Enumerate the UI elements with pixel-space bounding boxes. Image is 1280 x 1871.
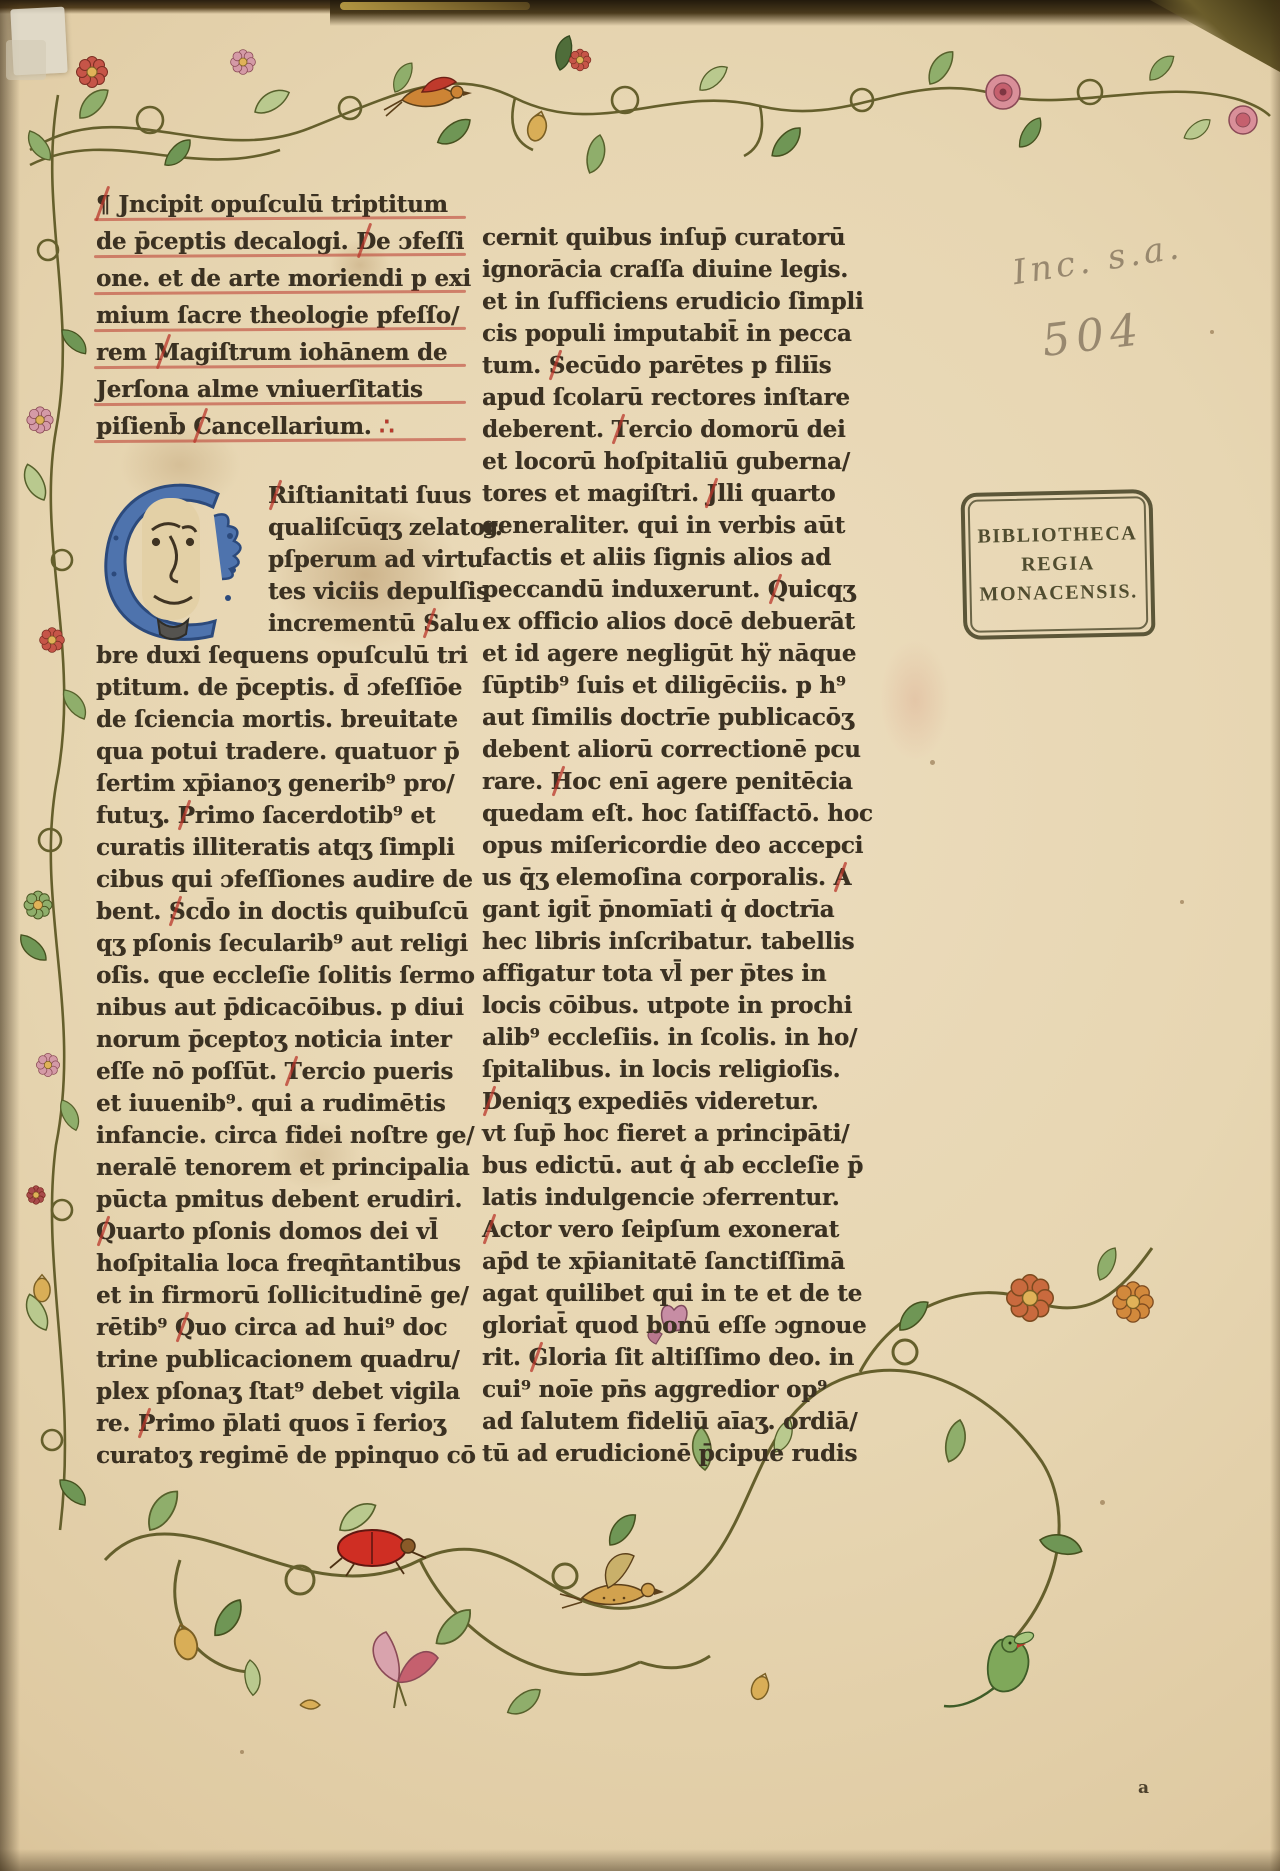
text-line: rem Magiſtrum iohānem de xyxy=(96,334,476,371)
top-left-label-patch-2 xyxy=(6,40,46,80)
text-line: mium ſacre theologie pfeſſo/ xyxy=(96,297,476,334)
text-line: qua potui tradere. quatuor p̄ xyxy=(96,736,476,768)
rose-illustration-2 xyxy=(1229,106,1257,134)
text-line: ſpitalibus. in locis religioſis. xyxy=(482,1054,882,1086)
text-line: rētib⁹ Quo circa ad hui⁹ doc xyxy=(96,1312,476,1344)
text-line: et in ſufficiens erudicio ſimpli xyxy=(482,286,882,318)
text-line: futuʒ. Primo ſacerdotib⁹ et xyxy=(96,800,476,832)
heading-rubric: ¶ Jncipit opuſculū triptitumde p̄ceptis … xyxy=(96,186,476,445)
stamp-line-2: REGIA xyxy=(1021,549,1095,580)
text-line: ¶ Jncipit opuſculū triptitum xyxy=(96,186,476,223)
text-line: plex pſonaʒ ſtat⁹ debet vigila xyxy=(96,1376,476,1408)
text-line: Deniqʒ expediēs videretur. xyxy=(482,1086,882,1118)
page-edge-bottom xyxy=(0,1849,1280,1871)
text-line: piſienb̄ Cancellarium. ∴ xyxy=(96,408,476,445)
parrot-illustration xyxy=(944,1630,1035,1706)
text-line: hoſpitalia loca freqn̄tantibus xyxy=(96,1248,476,1280)
flying-bird-illustration xyxy=(560,1554,664,1608)
stamp-line-3: MONACENSIS. xyxy=(979,577,1138,609)
library-stamp: BIBLIOTHECA REGIA MONACENSIS. xyxy=(960,489,1155,640)
text-line: ptitum. de p̄ceptis. d̄ ɔfeſſiōe xyxy=(96,672,476,704)
gilt-edge-glint xyxy=(340,2,530,10)
text-column-1-indented: Riſtianitati ſuusqualiſcūqʒ zelator.pſpe… xyxy=(96,480,476,640)
text-line: nibus aut p̄dicacōibus. p diui xyxy=(96,992,476,1024)
top-border-leaves xyxy=(72,34,1214,176)
text-line: bent. Scd̄o in doctis quibuſcū xyxy=(96,896,476,928)
text-line: latis indulgencie ɔferrentur. xyxy=(482,1182,882,1214)
text-line: ex officio alios docē debuerāt xyxy=(482,606,882,638)
stain xyxy=(880,640,950,760)
page-edge-left xyxy=(0,0,20,1871)
text-line: cernit quibus inſup̄ curatorū xyxy=(482,222,882,254)
text-line: Jerſona alme vniuerſitatis xyxy=(96,371,476,408)
text-line: rare. Hoc enī agere penitēcia xyxy=(482,766,882,798)
text-line: alib⁹ eccleſiis. in ſcolis. in ho/ xyxy=(482,1022,882,1054)
text-line: Quarto pſonis domos dei vl̄ xyxy=(96,1216,476,1248)
text-line: one. et de arte moriendi p exi xyxy=(96,260,476,297)
text-line: deberent. Tercio domorū dei xyxy=(482,414,882,446)
text-line: de ſciencia mortis. breuitate xyxy=(96,704,476,736)
top-border-flowers xyxy=(77,49,1258,143)
top-border xyxy=(30,80,1270,165)
page-edge-right xyxy=(1270,0,1280,1871)
text-line: debent aliorū correctionē pcu xyxy=(482,734,882,766)
text-line: bre duxi ſequens opuſculū tri xyxy=(96,640,476,672)
lily-illustration xyxy=(373,1632,438,1708)
text-line: pſperum ad virtu xyxy=(96,544,476,576)
stamp-inner-border: BIBLIOTHECA REGIA MONACENSIS. xyxy=(968,496,1149,633)
rose-illustration xyxy=(986,75,1020,109)
page-corner-top-right xyxy=(1150,0,1280,72)
text-line: et locorū hoſpitaliū guberna/ xyxy=(482,446,882,478)
left-border-flowers xyxy=(24,407,64,1302)
text-line: re. Primo p̄lati quos ī ferioʒ xyxy=(96,1408,476,1440)
text-line: us q̄ʒ elemoſina corporalis. A xyxy=(482,862,882,894)
text-line: incrementū Salu xyxy=(96,608,476,640)
text-line: agat quilibet qui in te et de te xyxy=(482,1278,882,1310)
text-line: gant igit̄ p̄nomīati q̇ doctrīa xyxy=(482,894,882,926)
text-line: hec libris inſcribatur. tabellis xyxy=(482,926,882,958)
text-line: generaliter. qui in verbis aūt xyxy=(482,510,882,542)
text-line: bus edictū. aut q̇ ab eccleſie p̄ xyxy=(482,1150,882,1182)
text-line: et id agere negligūt hÿ nāque xyxy=(482,638,882,670)
text-line: ad ſalutem fideliū aīaʒ. ordiā/ xyxy=(482,1406,882,1438)
text-line: tores et magiſtri. Jlli quarto xyxy=(482,478,882,510)
left-border xyxy=(38,95,72,1530)
text-line: Actor vero ſeipſum exonerat xyxy=(482,1214,882,1246)
left-border-leaves xyxy=(17,127,89,1511)
text-line: Riſtianitati ſuus xyxy=(96,480,476,512)
text-column-2: cernit quibus inſup̄ curatorūignorācia c… xyxy=(482,222,882,1470)
text-line: peccandū induxerunt. Quicqʒ xyxy=(482,574,882,606)
text-line: et iuuenib⁹. qui a rudimētis xyxy=(96,1088,476,1120)
text-line: ſūptib⁹ ſuis et diligēciis. p h⁹ xyxy=(482,670,882,702)
text-line: curatis illiteratis atqʒ ſimpli xyxy=(96,832,476,864)
text-line: gloriat̄ quod bonū eſſe ɔgnoue xyxy=(482,1310,882,1342)
text-line: aut ſimilis doctrīe publicacōʒ xyxy=(482,702,882,734)
text-line: cibus qui ɔfeſſiones audire de xyxy=(96,864,476,896)
text-line: ſertim xp̄ianoʒ generib⁹ pro/ xyxy=(96,768,476,800)
text-line: pūcta pmitus debent erudiri. xyxy=(96,1184,476,1216)
text-line: apud ſcolarū rectores inſtare xyxy=(482,382,882,414)
text-line: tum. Secūdo parētes p filiīs xyxy=(482,350,882,382)
text-line: quedam eſt. hoc ſatiſfactō. hoc xyxy=(482,798,882,830)
text-line: opus miſericordie deo accepci xyxy=(482,830,882,862)
text-line: eſſe nō poſſūt. Tercio pueris xyxy=(96,1056,476,1088)
text-line: locis cōibus. utpote in prochi xyxy=(482,990,882,1022)
text-line: qʒ pſonis ſecularib⁹ aut religi xyxy=(96,928,476,960)
text-line: ap̄d te xp̄ianitatē ſanctiſſimā xyxy=(482,1246,882,1278)
text-line: ignorācia craſſa diuine legis. xyxy=(482,254,882,286)
signature-mark: a xyxy=(1138,1778,1149,1798)
text-line: et in firmorū ſollicitudinē ge/ xyxy=(96,1280,476,1312)
text-line: tes viciis depulſis xyxy=(96,576,476,608)
text-line: infancie. circa fidei noſtre ge/ xyxy=(96,1120,476,1152)
shelfmark-annotation-line1: Inc. s.a. xyxy=(1010,227,1185,293)
text-line: vt ſup̄ hoc fieret a principāti/ xyxy=(482,1118,882,1150)
text-line: de p̄ceptis decalogi. De ɔfeſſi xyxy=(96,223,476,260)
text-line: factis et aliis ſignis alios ad xyxy=(482,542,882,574)
text-line: affigatur tota vl̄ per p̄tes in xyxy=(482,958,882,990)
text-column-1: bre duxi ſequens opuſculū triptitum. de … xyxy=(96,640,476,1472)
text-line: trine publicacionem quadru/ xyxy=(96,1344,476,1376)
text-line: rit. Gloria ſit altiſſimo deo. in xyxy=(482,1342,882,1374)
top-bird-illustration xyxy=(384,77,472,116)
text-line: oſis. que eccleſie ſolitis ſermo xyxy=(96,960,476,992)
snail-shell-illustration xyxy=(300,1700,320,1709)
text-line: tū ad erudicionē p̄cipue rudis xyxy=(482,1438,882,1470)
beetle-illustration xyxy=(330,1530,426,1576)
stamp-line-1: BIBLIOTHECA xyxy=(977,519,1137,551)
shelfmark-annotation-line2: 504 xyxy=(1039,304,1146,367)
text-line: cis populi imputabit̄ in pecca xyxy=(482,318,882,350)
text-line: curatoʒ regimē de ppinquo cō xyxy=(96,1440,476,1472)
text-line: cui⁹ noīe pn̄s aggredior op⁹ xyxy=(482,1374,882,1406)
text-line: neralē tenorem et principalia xyxy=(96,1152,476,1184)
text-line: qualiſcūqʒ zelator. xyxy=(96,512,476,544)
incunabulum-page: ¶ Jncipit opuſculū triptitumde p̄ceptis … xyxy=(0,0,1280,1871)
text-line: norum p̄ceptoʒ noticia inter xyxy=(96,1024,476,1056)
